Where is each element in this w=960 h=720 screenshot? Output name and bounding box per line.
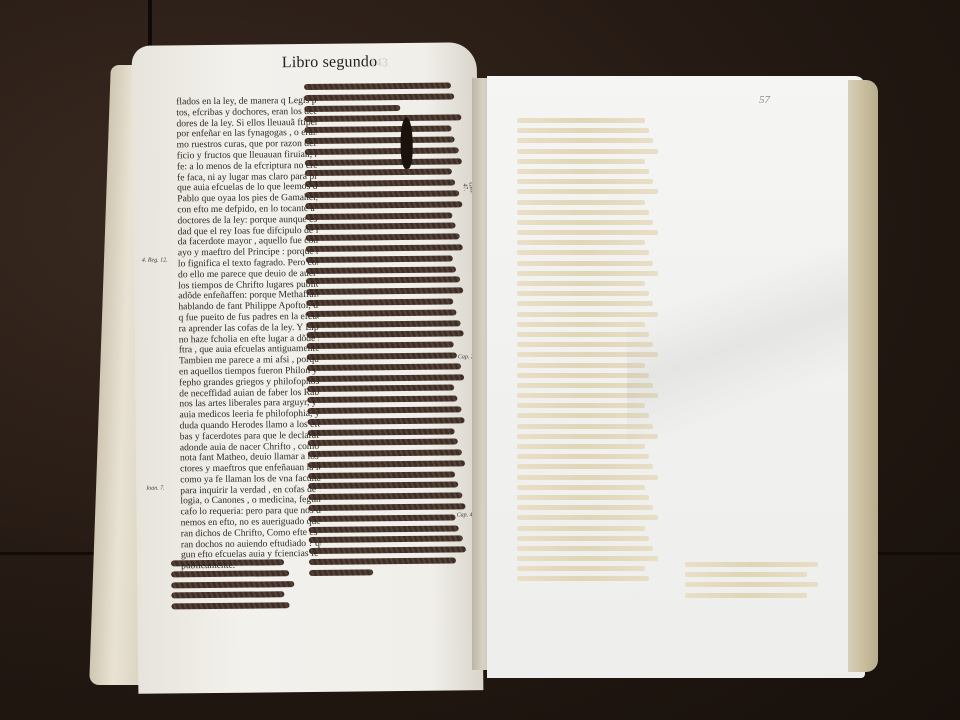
redaction-bar <box>308 428 455 436</box>
redaction-bar <box>171 581 294 588</box>
redaction-bar <box>308 439 458 447</box>
redaction-bar <box>309 514 456 522</box>
redaction-bar <box>306 266 456 274</box>
redaction-bar <box>305 180 455 188</box>
printed-text-column: flados en la ley, de manera q Legis peri… <box>176 96 321 573</box>
redaction-bar <box>307 342 454 350</box>
redaction-bar <box>304 115 461 123</box>
running-head: Libro segundo <box>282 53 378 72</box>
margin-note-outer-lower: Ioan. 7. <box>146 486 165 492</box>
redaction-bar <box>308 471 455 479</box>
redaction-bar <box>308 482 458 490</box>
redaction-bar <box>307 374 464 382</box>
redaction-bar <box>171 592 284 599</box>
offset-stain-line <box>517 322 645 327</box>
redaction-bar <box>171 602 289 609</box>
redaction-bar <box>305 169 452 177</box>
book-fore-edge-right <box>848 80 878 672</box>
redaction-bar <box>308 417 465 425</box>
redaction-bar <box>306 244 463 252</box>
redaction-bar <box>305 136 455 144</box>
redaction-bar <box>308 503 465 511</box>
redaction-bar <box>304 126 451 134</box>
redaction-bar <box>171 570 289 577</box>
redaction-bar <box>306 234 460 242</box>
redaction-bar <box>307 331 464 339</box>
redaction-bar <box>309 569 373 576</box>
offset-stain-line <box>517 485 645 490</box>
redaction-bar <box>304 105 400 112</box>
redaction-bar <box>309 558 456 566</box>
right-page: 57 <box>487 76 865 678</box>
redaction-bar <box>304 82 451 90</box>
redaction-bar <box>305 212 452 220</box>
redaction-bar <box>307 352 457 360</box>
redaction-bar <box>305 147 459 155</box>
left-page: Libro segundo 143 flados en la ley, de m… <box>132 42 484 694</box>
redaction-bar <box>307 385 454 393</box>
redaction-bar <box>307 396 457 404</box>
redaction-bar <box>309 547 466 555</box>
redaction-bar <box>305 201 462 209</box>
page-fold-shadow <box>627 76 865 678</box>
redaction-bar <box>308 460 465 468</box>
redaction-bar <box>308 449 462 457</box>
redaction-bar <box>305 158 462 166</box>
redaction-bar <box>305 223 455 231</box>
redaction-bar <box>308 493 462 501</box>
redacted-text-bottom-left <box>171 559 300 614</box>
redaction-bar <box>306 255 453 263</box>
offset-stain-line <box>517 118 645 123</box>
offset-stain-line <box>517 200 645 205</box>
faint-folio-number: 143 <box>370 55 388 70</box>
redaction-bar <box>304 93 454 101</box>
margin-note-outer-upper: 4. Reg. 12. <box>142 257 168 263</box>
offset-stain-line <box>517 363 645 368</box>
offset-stain-line <box>517 403 645 408</box>
redacted-text-column <box>304 82 470 624</box>
redaction-bar <box>171 559 284 566</box>
offset-stain-line <box>517 444 645 449</box>
offset-stain-line <box>517 566 645 571</box>
redaction-bar <box>309 536 463 544</box>
redaction-bar <box>305 190 459 198</box>
offset-stain-line <box>517 281 645 286</box>
redaction-bar <box>306 277 460 285</box>
redaction-bar <box>306 288 463 296</box>
offset-stain-line <box>517 526 645 531</box>
offset-stain-line <box>517 159 645 164</box>
redaction-bar <box>307 363 461 371</box>
redaction-bar <box>306 298 453 306</box>
offset-stain-line <box>517 240 645 245</box>
redaction-bar <box>306 309 456 317</box>
redaction-bar <box>307 406 461 414</box>
redaction-bar <box>309 525 459 533</box>
redaction-bar <box>307 320 461 328</box>
